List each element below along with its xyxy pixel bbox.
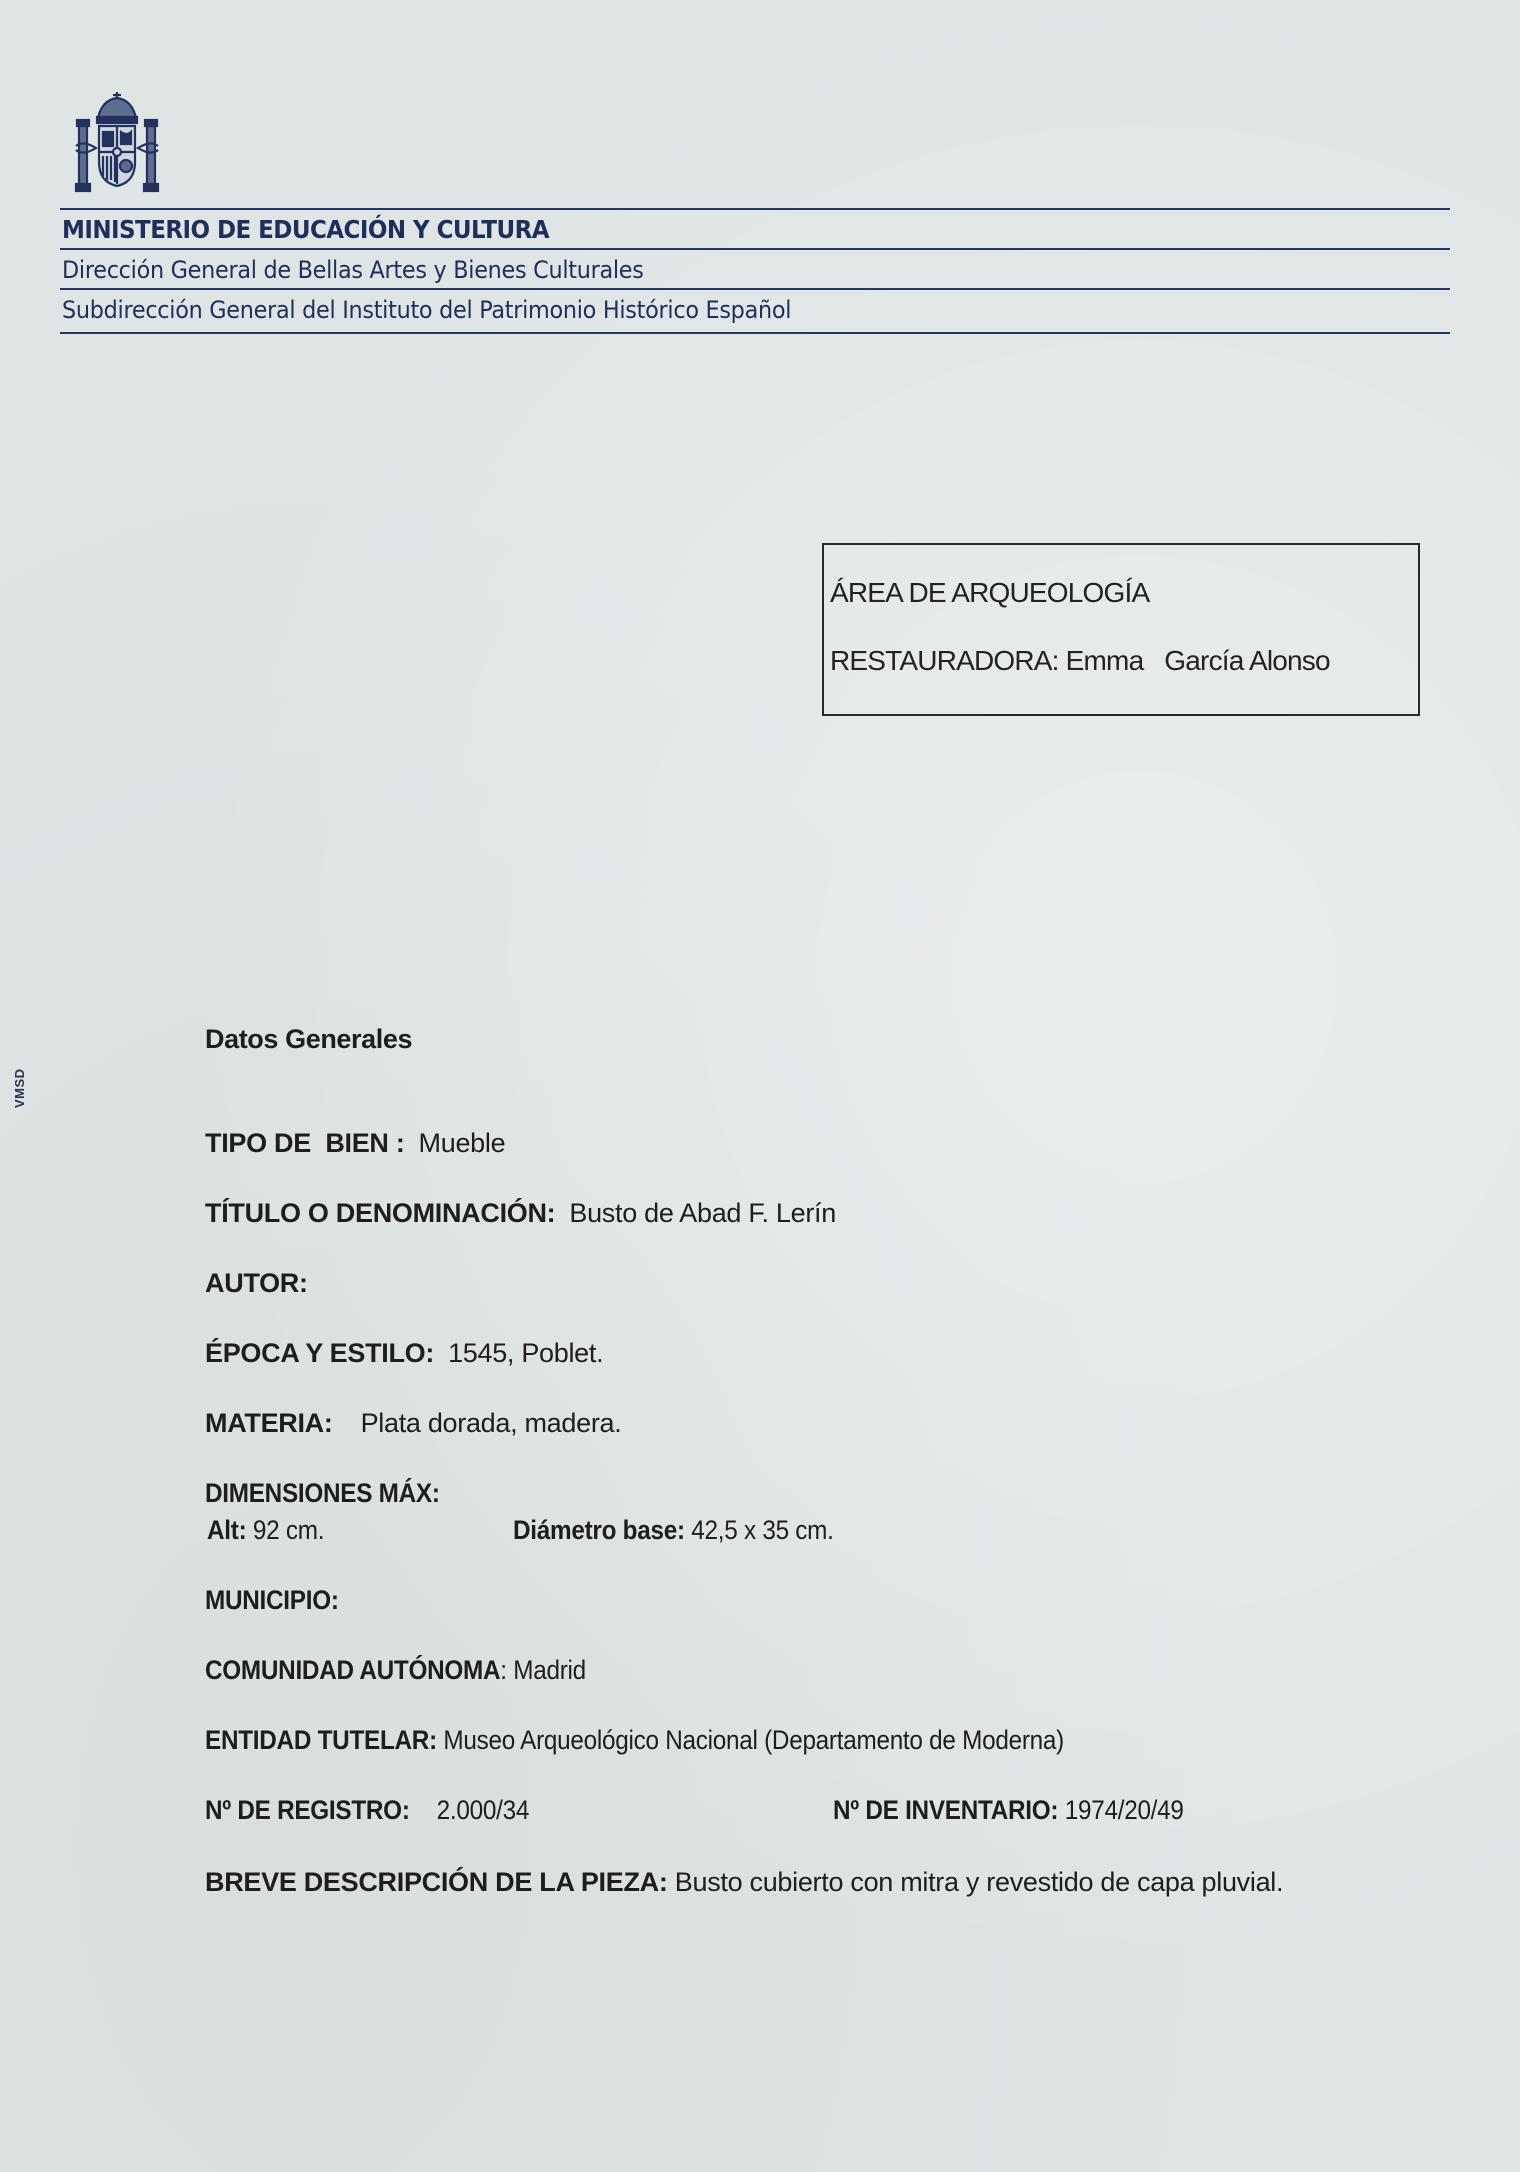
area-title: ÁREA DE ARQUEOLOGÍA: [830, 577, 1149, 609]
field-label: MATERIA:: [205, 1408, 333, 1438]
letterhead: MINISTERIO DE EDUCACIÓN Y CULTURA Direcc…: [60, 208, 1450, 334]
field-label: MUNICIPIO:: [205, 1585, 339, 1615]
field-label: DIMENSIONES MÁX:: [205, 1478, 440, 1509]
field-comunidad-autonoma: COMUNIDAD AUTÓNOMA: Madrid: [205, 1655, 628, 1686]
spanish-coat-of-arms-icon: [72, 90, 162, 198]
subdirectorate-name: Subdirección General del Instituto del P…: [62, 290, 1353, 330]
field-label: AUTOR:: [205, 1268, 308, 1298]
field-municipio: MUNICIPIO:: [205, 1585, 354, 1616]
field-label: Alt:: [207, 1515, 246, 1545]
field-descripcion: BREVE DESCRIPCIÓN DE LA PIEZA: Busto cub…: [205, 1865, 1325, 1900]
directorate-name: Dirección General de Bellas Artes y Bien…: [62, 250, 1353, 290]
field-materia: MATERIA:Plata dorada, madera.: [205, 1408, 621, 1439]
field-epoca-estilo: ÉPOCA Y ESTILO:1545, Poblet.: [205, 1338, 603, 1369]
field-label: ENTIDAD TUTELAR:: [205, 1725, 437, 1755]
field-inventario: Nº DE INVENTARIO: 1974/20/49: [833, 1795, 1223, 1826]
section-title: Datos Generales: [205, 1024, 412, 1055]
field-label: Diámetro base:: [513, 1515, 685, 1545]
field-label: Nº DE REGISTRO:: [205, 1795, 410, 1825]
field-altura: Alt: 92 cm.: [207, 1515, 337, 1546]
field-label: COMUNIDAD AUTÓNOMA: [205, 1655, 500, 1685]
field-value: Plata dorada, madera.: [361, 1408, 622, 1438]
field-diametro-base: Diámetro base: 42,5 x 35 cm.: [513, 1515, 869, 1546]
field-autor: AUTOR:: [205, 1268, 308, 1299]
area-box: ÁREA DE ARQUEOLOGÍA RESTAURADORA: Emma G…: [822, 543, 1420, 716]
field-value: 42,5 x 35 cm.: [691, 1515, 833, 1545]
field-value: 92 cm.: [253, 1515, 324, 1545]
field-value: Mueble: [419, 1128, 506, 1158]
ministry-name: MINISTERIO DE EDUCACIÓN Y CULTURA: [62, 210, 1339, 250]
field-label: ÉPOCA Y ESTILO:: [205, 1338, 434, 1368]
field-tipo-de-bien: TIPO DE BIEN :Mueble: [205, 1128, 505, 1159]
field-label: TÍTULO O DENOMINACIÓN:: [205, 1198, 555, 1228]
field-label: TIPO DE BIEN :: [205, 1128, 405, 1158]
side-label: VMSD: [12, 1068, 27, 1108]
field-titulo: TÍTULO O DENOMINACIÓN:Busto de Abad F. L…: [205, 1198, 836, 1229]
field-value: Busto de Abad F. Lerín: [569, 1198, 836, 1228]
restorer-name: Emma García Alonso: [1066, 645, 1330, 676]
field-value: 1974/20/49: [1065, 1795, 1184, 1825]
field-entidad-tutelar: ENTIDAD TUTELAR: Museo Arqueológico Naci…: [205, 1725, 1159, 1756]
restorer-label: RESTAURADORA:: [830, 645, 1059, 676]
letterhead-rule: [60, 332, 1450, 334]
field-registro: Nº DE REGISTRO:2.000/34: [205, 1795, 565, 1826]
field-dimensiones: DIMENSIONES MÁX:: [205, 1478, 466, 1509]
field-value: Museo Arqueológico Nacional (Departament…: [443, 1725, 1064, 1755]
field-label: Nº DE INVENTARIO:: [833, 1795, 1058, 1825]
field-value: : Madrid: [500, 1655, 586, 1685]
field-value: 1545, Poblet.: [448, 1338, 603, 1368]
field-value: Busto cubierto con mitra y revestido de …: [675, 1867, 1283, 1897]
field-value: 2.000/34: [437, 1795, 529, 1825]
field-label: BREVE DESCRIPCIÓN DE LA PIEZA:: [205, 1867, 668, 1897]
restorer-line: RESTAURADORA: Emma García Alonso: [830, 645, 1330, 677]
